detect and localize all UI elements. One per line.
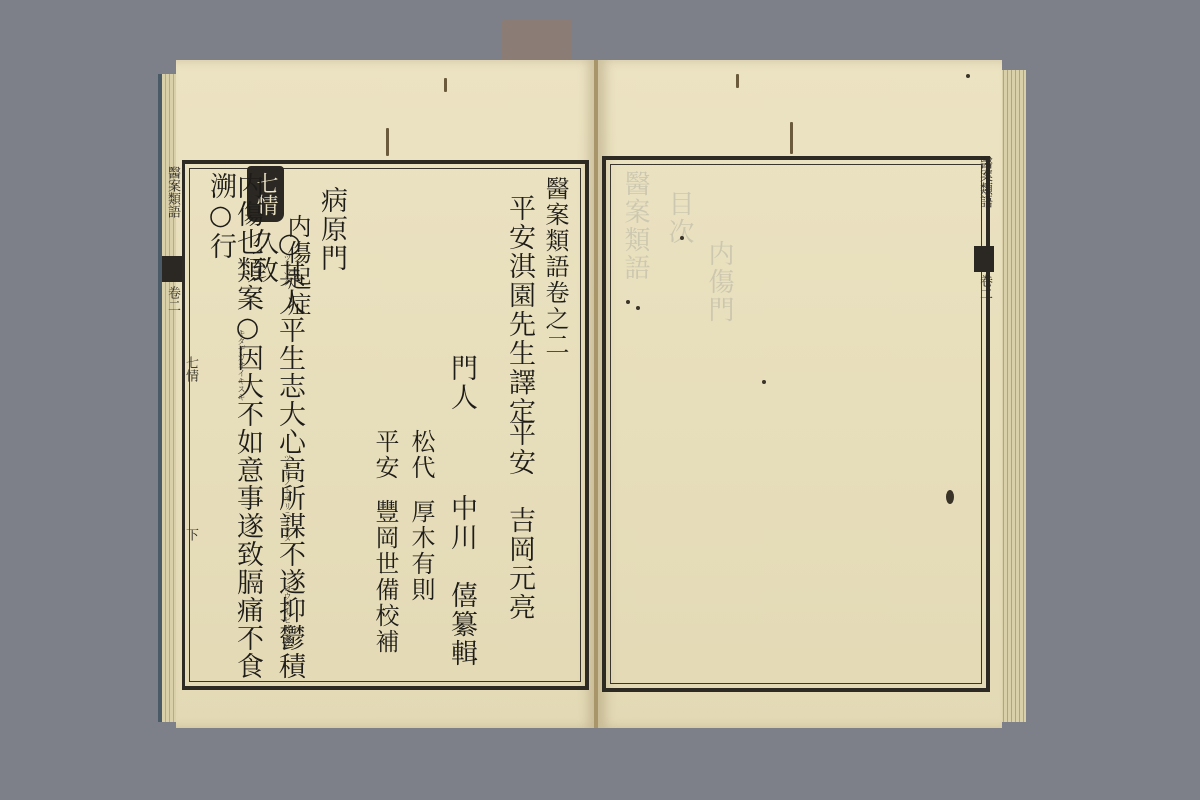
- margin-fishtail: [162, 256, 182, 282]
- margin-volume: 卷二: [162, 286, 182, 312]
- right-page: 醫案類語 目次 内傷門 醫案類語 卷二: [598, 60, 1002, 728]
- furigana-4: ヨウスルヒサシク: [283, 584, 291, 648]
- author-line: 平安淇園先生譯定: [506, 194, 533, 426]
- show-through-text: 目次: [666, 190, 692, 246]
- show-through-text: 醫案類語: [622, 170, 648, 282]
- disciples-label: 門人: [448, 354, 475, 412]
- margin-title: 醫案類語: [162, 166, 182, 218]
- editor-3-place: 松代: [409, 429, 433, 481]
- ink-spot: [680, 236, 684, 240]
- margin-page-mark: 下: [180, 528, 200, 541]
- print-frame-left: 醫案類語卷之二 平安淇園先生譯定 平安 吉岡元亮 門人 中川 僖纂輯 松代 厚木…: [182, 160, 589, 690]
- editor-line-2: 中川 僖纂輯: [448, 494, 475, 668]
- open-book: 醫案類語卷之二 平安淇園先生譯定 平安 吉岡元亮 門人 中川 僖纂輯 松代 厚木…: [158, 60, 1026, 728]
- margin-volume-right: 卷二: [974, 274, 994, 300]
- library-stamp: [502, 20, 572, 62]
- print-frame-right: 醫案類語 目次 内傷門: [602, 156, 990, 692]
- furigana-3: ツモリノトオリニナラヌ: [283, 454, 291, 542]
- margin-section: 七情: [180, 356, 200, 382]
- body-text-2: 内傷也類案○因大不如意事遂致膈痛不食溯○行: [207, 172, 261, 686]
- margin-title-right: 醫案類語: [974, 156, 994, 208]
- editor-4-name: 豐岡世備校補: [373, 499, 397, 655]
- editor-3-name: 厚木有則: [409, 499, 433, 603]
- furigana-1: ツマヅク: [283, 254, 291, 286]
- category-heading: 病原門: [318, 186, 345, 273]
- furigana-2: キダデガオイキスキ: [237, 329, 245, 401]
- binding-thread: [790, 122, 793, 154]
- book-title: 醫案類語卷之二: [543, 176, 567, 358]
- binding-thread: [444, 78, 447, 92]
- ink-spot: [762, 380, 766, 384]
- editor-line-1: 平安 吉岡元亮: [506, 419, 533, 622]
- right-page-stack-edge: [1000, 70, 1026, 722]
- ink-spot: [966, 74, 970, 78]
- left-page: 醫案類語卷之二 平安淇園先生譯定 平安 吉岡元亮 門人 中川 僖纂輯 松代 厚木…: [176, 60, 596, 728]
- margin-fishtail-right: [974, 246, 994, 272]
- ink-spot: [626, 300, 630, 304]
- binding-thread: [386, 128, 389, 156]
- show-through-text: 内傷門: [706, 240, 732, 324]
- binding-thread: [736, 74, 739, 88]
- editor-4-place: 平安: [373, 429, 397, 481]
- ink-spot: [946, 490, 954, 504]
- ink-spot: [636, 306, 640, 310]
